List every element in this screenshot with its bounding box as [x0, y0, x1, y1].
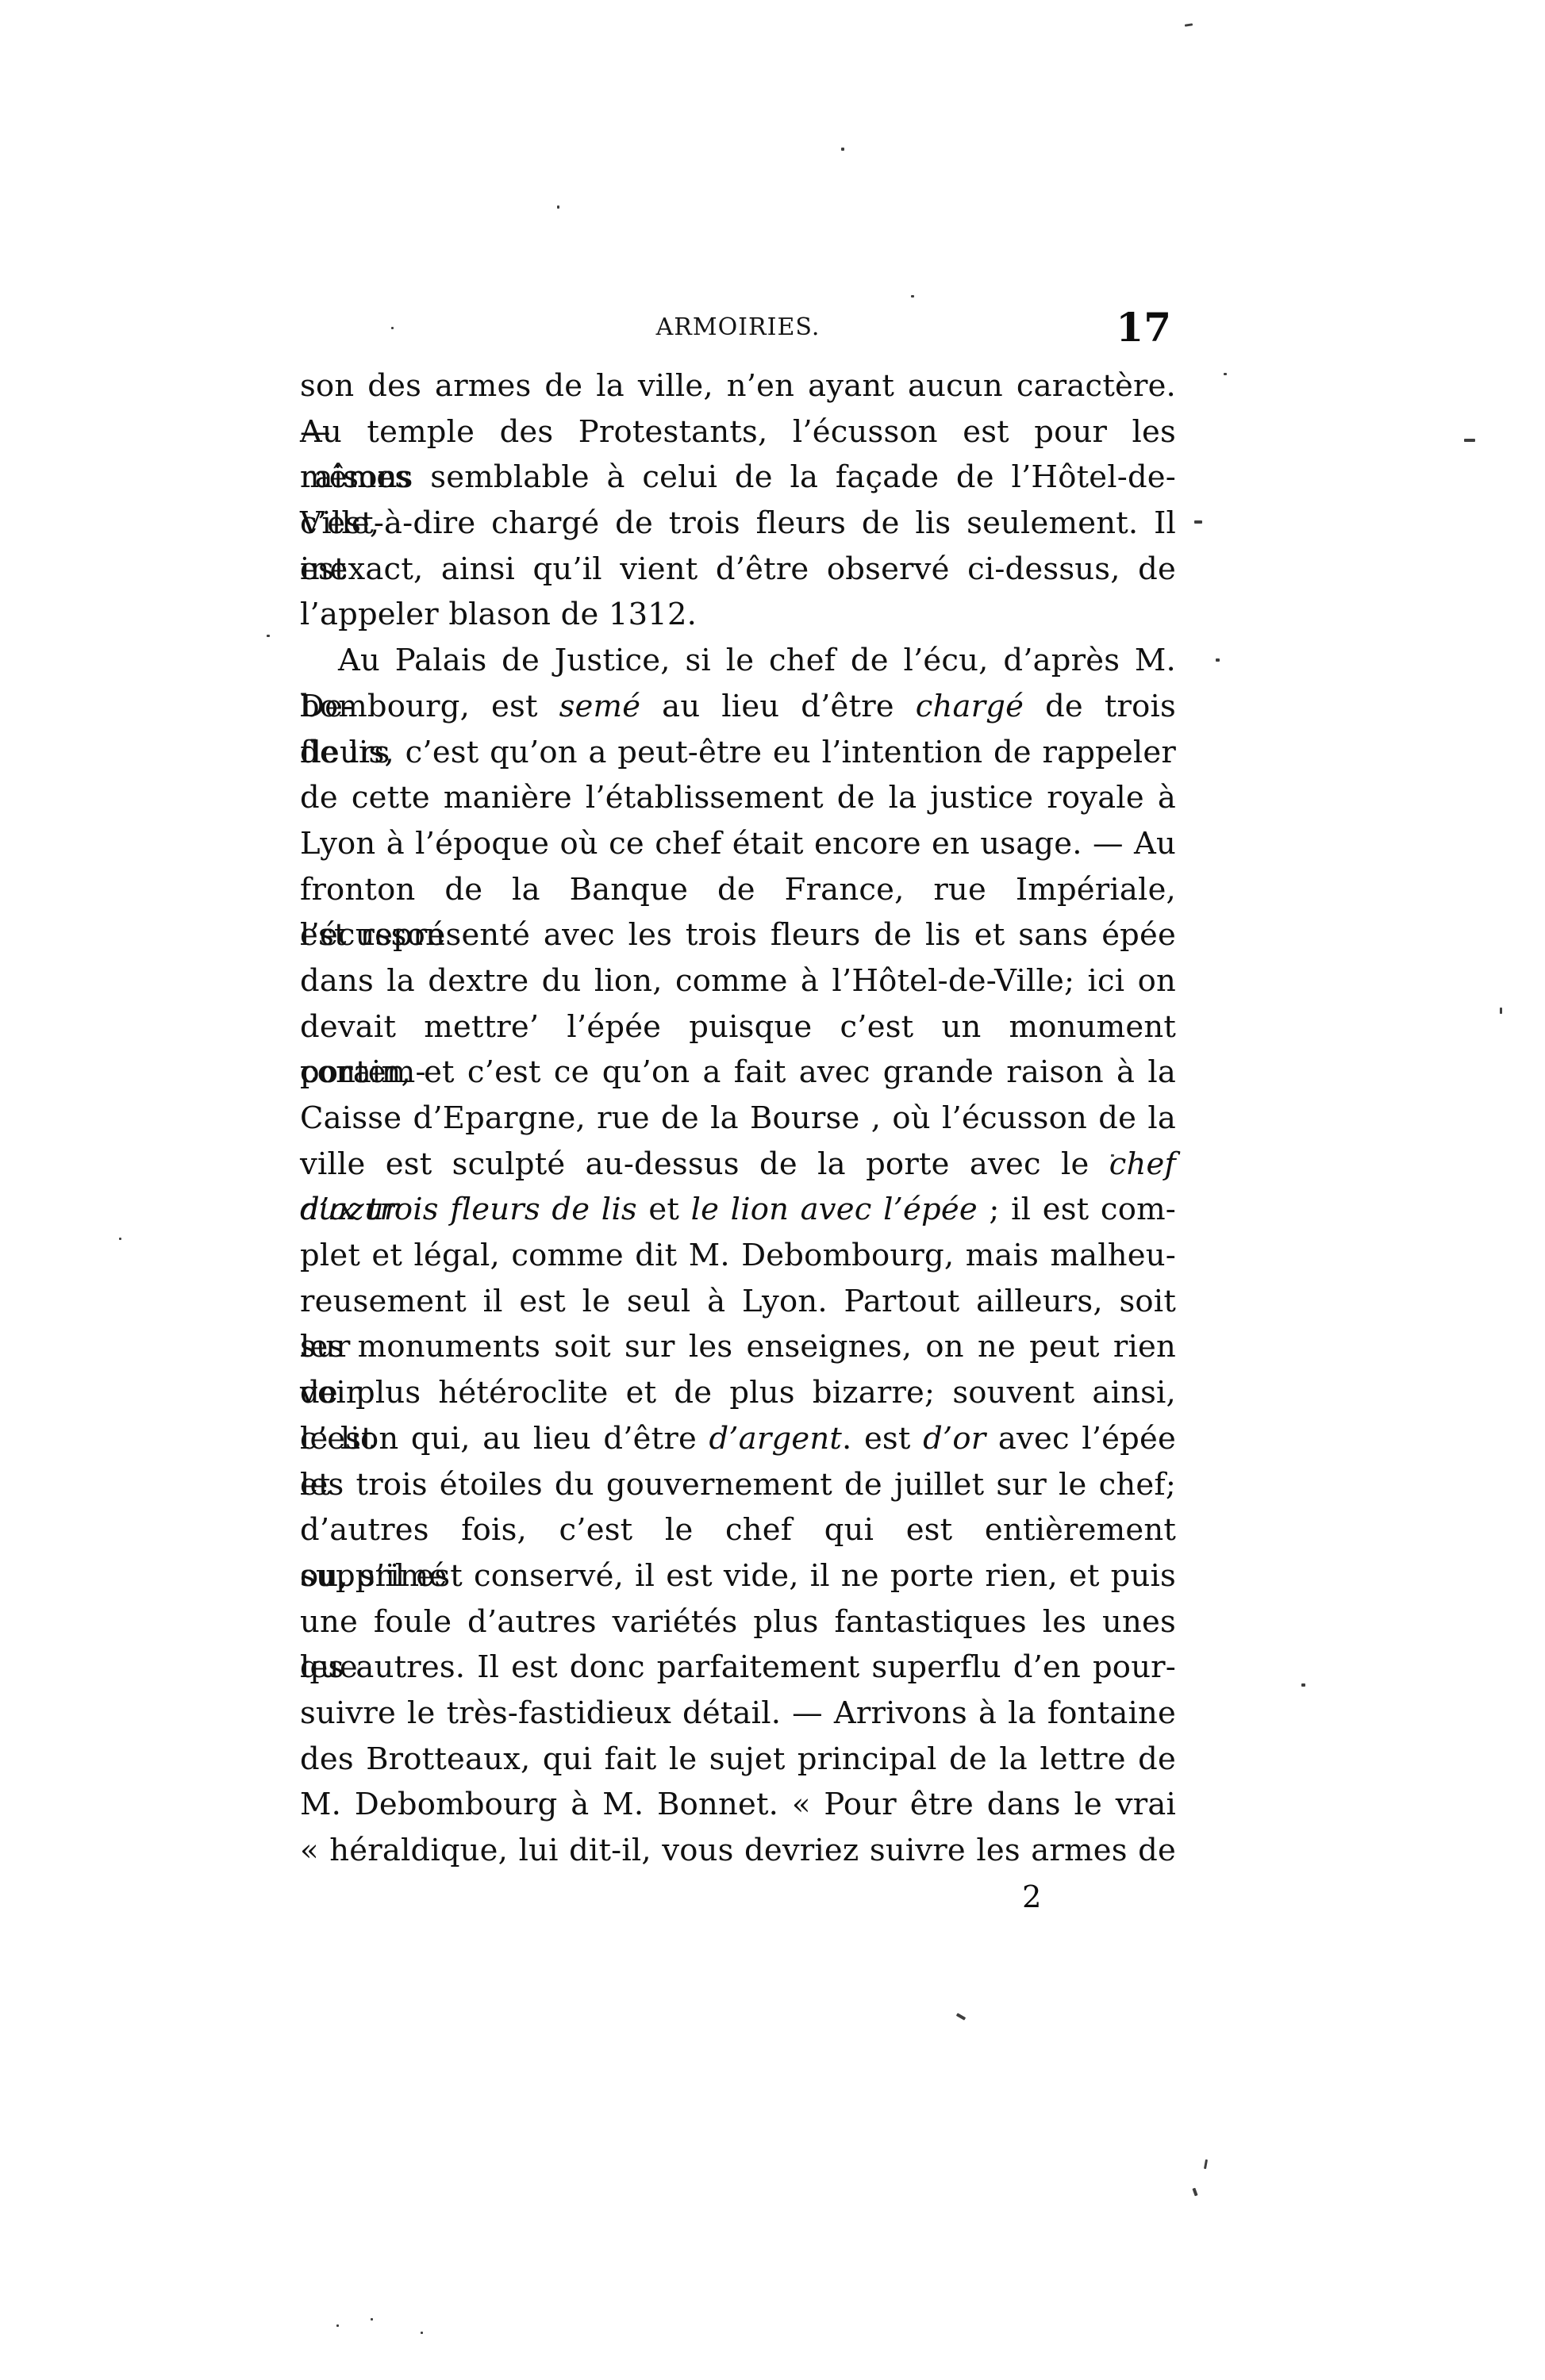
scan-speck [336, 2324, 339, 2327]
page-text: son des armes de la ville, n’en ayant au… [300, 363, 1176, 1874]
text-line: les monuments soit sur les enseignes, on… [300, 1324, 1176, 1370]
text-segment: porain, et c’est ce qu’on a fait avec gr… [300, 1054, 1176, 1090]
text-segment: les autres. Il est donc parfaitement sup… [300, 1649, 1176, 1685]
text-segment: . est [842, 1421, 923, 1457]
text-segment: les trois étoiles du gouvernement de jui… [300, 1467, 1176, 1503]
scan-speck [1192, 2188, 1197, 2197]
text-line: les autres. Il est donc parfaitement sup… [300, 1645, 1176, 1691]
text-line: inexact, ainsi qu’il vient d’être observ… [300, 547, 1176, 593]
text-segment: au lieu d’être [640, 689, 916, 724]
text-segment: est représenté avec les trois fleurs de … [300, 917, 1176, 953]
text-line: Au temple des Protestants, l’écusson est… [300, 409, 1176, 455]
text-segment: suivre le très-fastidieux détail. — Arri… [300, 1695, 1176, 1731]
text-segment: dans la dextre du lion, comme à l’Hôtel-… [300, 963, 1176, 999]
text-line: suivre le très-fastidieux détail. — Arri… [300, 1691, 1176, 1737]
scan-speck [1500, 1008, 1502, 1014]
text-line: Au Palais de Justice, si le chef de l’éc… [300, 638, 1176, 684]
page-header: ARMOIRIES. 17 [300, 308, 1176, 355]
text-line: c’est-à-dire chargé de trois fleurs de l… [300, 501, 1176, 547]
text-line: « héraldique, lui dit-il, vous devriez s… [300, 1828, 1176, 1874]
text-segment: l’appeler blason de 1312. [300, 597, 697, 632]
text-segment: de lis, c’est qu’on a peut-être eu l’int… [300, 735, 1176, 770]
scan-speck [119, 1238, 121, 1240]
text-segment: « héraldique, lui dit-il, vous devriez s… [300, 1833, 1176, 1868]
text-segment: bombourg, est [300, 689, 559, 724]
scan-speck [557, 205, 559, 209]
signature-mark: 2 [1022, 1875, 1042, 1921]
text-line: de lis, c’est qu’on a peut-être eu l’int… [300, 730, 1176, 776]
text-line: aux trois fleurs de lis et le lion avec … [300, 1187, 1176, 1233]
text-segment: inexact, ainsi qu’il vient d’être observ… [300, 551, 1176, 587]
text-segment: Lyon à l’époque où ce chef était encore … [300, 826, 1176, 862]
text-line: l’appeler blason de 1312. [300, 592, 1176, 638]
page-number: 17 [1116, 308, 1171, 347]
scan-speck [1301, 1683, 1305, 1687]
scan-speck [421, 2332, 423, 2334]
text-line: ou, s’il est conservé, il est vide, il n… [300, 1553, 1176, 1599]
text-line: les trois étoiles du gouvernement de jui… [300, 1462, 1176, 1508]
scan-speck [1464, 439, 1475, 442]
text-line: des Brotteaux, qui fait le sujet princip… [300, 1737, 1176, 1783]
scan-speck [371, 2318, 373, 2320]
book-page: ARMOIRIES. 17 son des armes de la ville,… [0, 0, 1545, 2380]
text-line: ville est sculpté au-dessus de la porte … [300, 1142, 1176, 1188]
text-segment-italic: semé [559, 689, 641, 724]
text-line: de plus hétéroclite et de plus bizarre; … [300, 1370, 1176, 1416]
text-segment-italic: aux trois fleurs de lis [300, 1192, 637, 1227]
text-segment: M. Debombourg à M. Bonnet. « Pour être d… [300, 1787, 1176, 1822]
text-line: est représenté avec les trois fleurs de … [300, 912, 1176, 958]
text-line: raisons semblable à celui de la façade d… [300, 455, 1176, 501]
text-line: M. Debombourg à M. Bonnet. « Pour être d… [300, 1782, 1176, 1828]
text-segment: ; il est com- [978, 1192, 1176, 1227]
text-line: Lyon à l’époque où ce chef était encore … [300, 821, 1176, 867]
text-segment-italic: d’argent [709, 1421, 842, 1457]
text-line: dans la dextre du lion, comme à l’Hôtel-… [300, 958, 1176, 1004]
scan-speck [1204, 2159, 1208, 2169]
text-line: devait mettre’ l’épée puisque c’est un m… [300, 1004, 1176, 1050]
text-segment: ville est sculpté au-dessus de la porte … [300, 1146, 1109, 1182]
text-line: porain, et c’est ce qu’on a fait avec gr… [300, 1050, 1176, 1096]
text-segment-italic: le lion avec l’épée [691, 1192, 978, 1227]
text-line: bombourg, est semé au lieu d’être chargé… [300, 684, 1176, 730]
scan-speck [267, 635, 270, 637]
scan-speck [1216, 658, 1220, 662]
text-line: le lion qui, au lieu d’être d’argent. es… [300, 1416, 1176, 1462]
text-line: plet et légal, comme dit M. Debombourg, … [300, 1233, 1176, 1279]
text-segment: le lion qui, au lieu d’être [300, 1421, 709, 1457]
scan-speck [911, 295, 914, 297]
text-line: fronton de la Banque de France, rue Impé… [300, 867, 1176, 913]
text-line: son des armes de la ville, n’en ayant au… [300, 363, 1176, 409]
text-segment: plet et légal, comme dit M. Debombourg, … [300, 1238, 1176, 1273]
scan-speck [841, 148, 844, 151]
text-segment: Caisse d’Epargne, rue de la Bourse , où … [300, 1100, 1176, 1136]
text-segment: de cette manière l’établissement de la j… [300, 780, 1176, 816]
scan-speck [391, 327, 394, 329]
scan-speck [1224, 373, 1227, 375]
text-segment: des Brotteaux, qui fait le sujet princip… [300, 1741, 1176, 1777]
text-segment-italic: d’or [923, 1421, 986, 1457]
running-title: ARMOIRIES. [300, 308, 1176, 347]
text-segment-italic: chargé [916, 689, 1024, 724]
text-line: reusement il est le seul à Lyon. Partout… [300, 1279, 1176, 1325]
scan-speck [1194, 520, 1202, 524]
text-line: d’autres fois, c’est le chef qui est ent… [300, 1507, 1176, 1553]
scan-speck [1111, 1154, 1114, 1157]
text-line: une foule d’autres variétés plus fantast… [300, 1599, 1176, 1645]
text-line: Caisse d’Epargne, rue de la Bourse , où … [300, 1096, 1176, 1142]
text-line: de cette manière l’établissement de la j… [300, 775, 1176, 821]
scan-speck [956, 2013, 966, 2020]
text-segment: ou, s’il est conservé, il est vide, il n… [300, 1558, 1176, 1594]
text-segment: et [637, 1192, 691, 1227]
scan-speck [1185, 23, 1193, 26]
